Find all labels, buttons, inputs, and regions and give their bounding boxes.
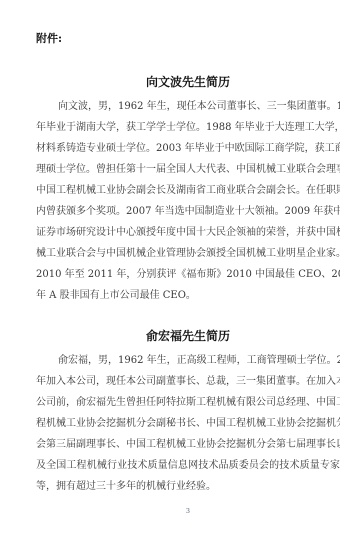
section-title-xiang-wenbo: 向文波先生简历: [36, 74, 340, 90]
text-line: 械工业联合会与中国机械企业管理协会颁授全国机械工业明星企业家。: [36, 243, 340, 264]
text-line: 俞宏福，男，1962 年生，正高级工程师，工商管理硕士学位。2006: [36, 350, 340, 371]
text-line: 程机械工业协会挖掘机分会副秘书长、中国工程机械工业协会挖掘机分: [36, 413, 340, 434]
resume-paragraph-xiang-wenbo: 向文波，男，1962 年生，现任本公司董事长、三一集团董事。1982 年毕业于湖…: [36, 96, 340, 306]
resume-section-yu-hongfu: 俞宏福先生简历 俞宏福，男，1962 年生，正高级工程师，工商管理硕士学位。20…: [36, 328, 340, 497]
resume-section-xiang-wenbo: 向文波先生简历 向文波，男，1962 年生，现任本公司董事长、三一集团董事。19…: [36, 74, 340, 306]
attachment-label: 附件:: [36, 32, 340, 46]
text-line: 向文波，男，1962 年生，现任本公司董事长、三一集团董事。1982: [36, 96, 340, 117]
text-line: 及全国工程机械行业技术质量信息网技术品质委员会的技术质量专家: [36, 455, 340, 476]
text-line: 理硕士学位。曾担任第十一届全国人大代表、中国机械工业联合会理事、: [36, 159, 340, 180]
resume-paragraph-yu-hongfu: 俞宏福，男，1962 年生，正高级工程师，工商管理硕士学位。2006 年加入本公…: [36, 350, 340, 497]
text-line: 等，拥有超过三十多年的机械行业经验。: [36, 476, 340, 497]
text-line: 2010 年至 2011 年，分别获评《福布斯》2010 中国最佳 CEO、20…: [36, 264, 340, 285]
text-line: 内曾获颁多个奖项。2007 年当选中国制造业十大领袖。2009 年获中国: [36, 201, 340, 222]
text-line: 会第三届副理事长、中国工程机械工业协会挖掘机分会第七届理事长以: [36, 434, 340, 455]
text-line: 中国工程机械工业协会副会长及湖南省工商业联合会副会长。在任职期: [36, 180, 340, 201]
page-number: 3: [36, 507, 340, 516]
text-line: 年加入本公司，现任本公司副董事长、总裁，三一集团董事。在加入本: [36, 371, 340, 392]
section-title-yu-hongfu: 俞宏福先生简历: [36, 328, 340, 344]
document-page: 附件: 向文波先生简历 向文波，男，1962 年生，现任本公司董事长、三一集团董…: [0, 0, 364, 538]
text-line: 年毕业于湖南大学，获工学学士学位。1988 年毕业于大连理工大学，获: [36, 117, 340, 138]
text-line: 年 A 股非国有上市公司最佳 CEO。: [36, 285, 340, 306]
text-line: 证券市场研究设计中心颁授年度中国十大民企领袖的荣誉，并获中国机: [36, 222, 340, 243]
text-line: 材料系铸造专业硕士学位。2003 年毕业于中欧国际工商学院，获工商管: [36, 138, 340, 159]
text-line: 公司前，俞宏福先生曾担任阿特拉斯工程机械有限公司总经理、中国工: [36, 392, 340, 413]
